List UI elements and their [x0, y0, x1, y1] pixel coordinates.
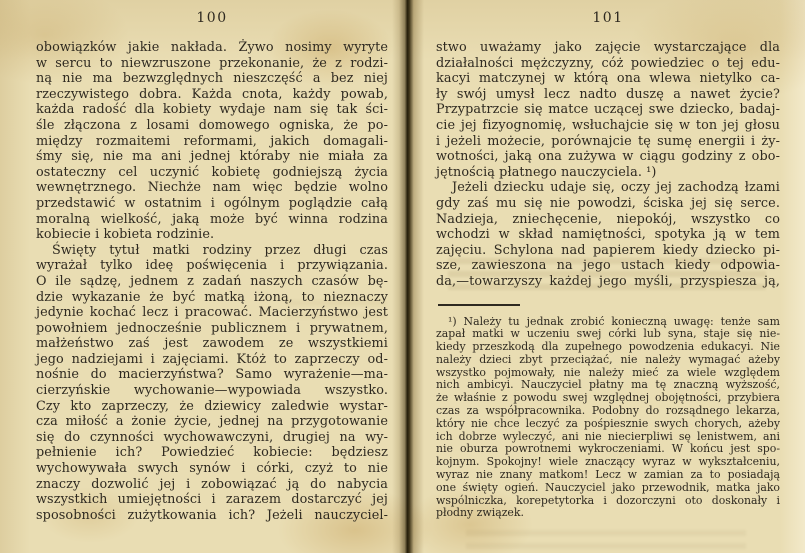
text-line: sposobności zużytkowania ich? Jeżeli nau… — [36, 508, 388, 524]
text-line: stwo uważamy jako zajęcie wystarczające … — [436, 40, 780, 56]
text-line: wchodzi w skład namiętności, spotyka ją … — [436, 227, 780, 243]
text-line: wyraz nie znany matkom! Lecz w zamian za… — [436, 469, 780, 482]
text-line: Jeżeli dziecku udaje się, oczy jej zacho… — [436, 180, 780, 196]
text-line: przedstawić w ostatnim i ogólnym poglądz… — [36, 196, 388, 212]
left-page-number: 100 — [36, 10, 388, 26]
text-line: w sercu to niewzruszone przekonanie, że … — [36, 56, 388, 72]
text-line: moralną wielkość, jaką może być winna ro… — [36, 212, 388, 228]
text-line: płodny związek. — [436, 507, 780, 520]
text-line: pełnienie ich? Powiedzieć kobiecie: będz… — [36, 445, 388, 461]
text-line: jedynie kochać lecz i pracować. Macierzy… — [36, 305, 388, 321]
text-line: powołniem jednocześnie publicznem i pryw… — [36, 321, 388, 337]
text-line: znaczy dozwolić jej i zobowiązać ją do n… — [36, 477, 388, 493]
text-line: Czy kto zaprzeczy, że dziewicy zaledwie … — [36, 399, 388, 415]
text-line: wszystkich umiejętności i zarazem dostar… — [36, 492, 388, 508]
text-line: Nadzieja, zniechęcenie, niepokój, wszyst… — [436, 212, 780, 228]
text-line: Przypatrzcie się matce uczącej swe dziec… — [436, 102, 780, 118]
book-gutter-shadow — [392, 0, 424, 553]
text-line: nośnie do macierzyństwa? Samo wyrażenie—… — [36, 367, 388, 383]
footnote-separator-rule — [438, 304, 520, 306]
text-line: gdy zaś mu się nie powodzi, ściska jej s… — [436, 196, 780, 212]
text-line: kobiecie i kobieta rodzinie. — [36, 227, 388, 243]
text-line: każda radość dla kobiety wydaje nam się … — [36, 102, 388, 118]
text-line: Święty tytuł matki rodziny przez długi c… — [36, 243, 388, 259]
right-page-number: 101 — [436, 10, 780, 26]
text-line: dzie wykazanie że być matką iżoną, to ni… — [36, 290, 388, 306]
text-line: da,—towarzyszy każdej jego myśli, przysp… — [436, 274, 780, 290]
text-line: cie jej fizyognomię, wsłuchajcie się w t… — [436, 118, 780, 134]
text-line: który nie chce leczyć za pośpiesznie swy… — [436, 418, 780, 431]
text-line: małżeństwo zaś jest zawodem ze wszystkie… — [36, 336, 388, 352]
text-line: O ile sądzę, jednem z zadań naszych czas… — [36, 274, 388, 290]
text-line: cza miłość a żonie życie, jednej na przy… — [36, 414, 388, 430]
text-line: się do czynności wychowawczyni, drugiej … — [36, 430, 388, 446]
text-line: między rozmaitemi reformami, jakich doma… — [36, 134, 388, 150]
footnote-text: ¹) Należy tu jednak zrobić konieczną uwa… — [436, 316, 780, 521]
left-page-text: obowiązków jakie nakłada. Żywo nosimy wy… — [36, 40, 388, 523]
show-through-ghost — [466, 530, 746, 552]
text-line: ostateczny cel uczynić kobietę godniejsz… — [36, 165, 388, 181]
text-line: wotności, jaką ona zużywa w ciągu godzin… — [436, 149, 780, 165]
text-line: śle złączona z losami domowego ogniska, … — [36, 118, 388, 134]
text-line: jętnością płatnego nauczyciela. ¹) — [436, 165, 780, 181]
left-page: 100 obowiązków jakie nakłada. Żywo nosim… — [36, 10, 388, 523]
text-line: śmy się, nie ma ani jednej któraby nie m… — [36, 149, 388, 165]
text-line: ną nie ma bezwzględnych nieszczęść a bez… — [36, 71, 388, 87]
text-line: kiedy przeszkodą dla zupełnego powodzeni… — [436, 341, 780, 354]
right-page-text: stwo uważamy jako zajęcie wystarczające … — [436, 40, 780, 290]
text-line: i jeżeli możecie, porównajcie tę sumę en… — [436, 134, 780, 150]
text-line: obowiązków jakie nakłada. Żywo nosimy wy… — [36, 40, 388, 56]
text-line: one święty ogień. Nauczyciel jako przewo… — [436, 482, 780, 495]
text-line: jego nadziejami i zajęciami. Któż to zap… — [36, 352, 388, 368]
text-line: działalności mężczyzny, cóż powiedziec o… — [436, 56, 780, 72]
text-line: rzeczywistego dobra. Każda cnota, każdy … — [36, 87, 388, 103]
text-line: zajęciu. Schylona nad papierem kiedy dzi… — [436, 243, 780, 259]
text-line: sze, zawieszona na jego ustach kiedy odp… — [436, 258, 780, 274]
right-page: 101 stwo uważamy jako zajęcie wystarczaj… — [436, 10, 780, 520]
text-line: należy dzieci zbyt przeciążać, nie należ… — [436, 354, 780, 367]
text-line: wewnętrznego. Niechże nam więc będzie wo… — [36, 180, 388, 196]
text-line: ły swój umysł lecz nadto duszę a nawet ż… — [436, 87, 780, 103]
text-line: wyrażał tylko ideę poświęcenia i przywią… — [36, 258, 388, 274]
text-line: wychowywała swych synów i córki, czyż to… — [36, 461, 388, 477]
text-line: cierzyńskie wychowanie—wypowiada wszystk… — [36, 383, 388, 399]
text-line: czas za współpracownika. Podobny do rozs… — [436, 405, 780, 418]
book-scan-spread: { "colors": { "paper": "#e9ddb3", "ink":… — [0, 0, 805, 553]
text-line: kacyi matczynej w którą ona wlewa nietyl… — [436, 71, 780, 87]
